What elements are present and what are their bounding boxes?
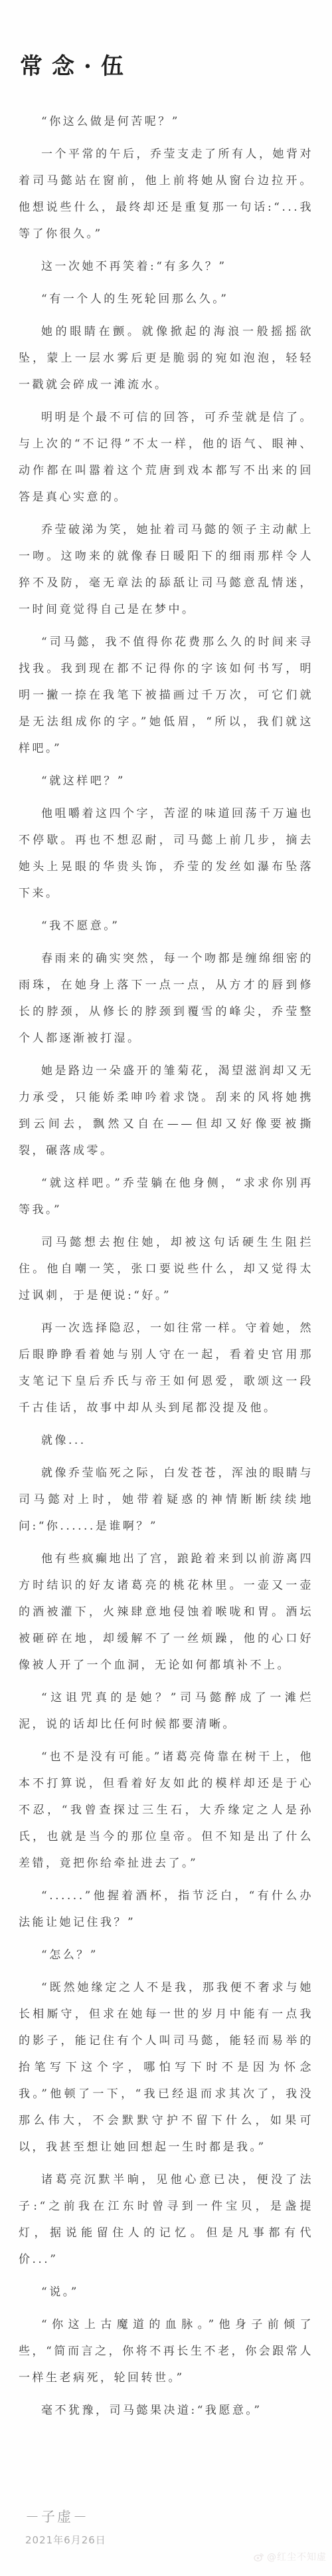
footer: －子虚－ 2021年6月26日 bbox=[25, 2506, 106, 2547]
story-paragraph: 诸葛亮沉默半晌，见他心意已决，便没了法子:“之前我在江东时曾寻到一件宝贝，是盏提… bbox=[19, 2166, 313, 2273]
watermark-text: @红尘不知虚 bbox=[267, 2550, 327, 2563]
story-paragraph: 再一次选择隐忍，一如往常一样。守着她，然后眼睁睁看着她与别人守在一起，看着史官用… bbox=[19, 1315, 313, 1421]
story-paragraph: 他有些疯癫地出了宫，踉跄着来到以前游离四方时结识的好友诸葛亮的桃花林里。一壶又一… bbox=[19, 1546, 313, 1679]
story-paragraph: “怎么？” bbox=[19, 1942, 313, 1968]
story-paragraph: 就像乔莹临死之际，白发苍苍，浑浊的眼睛与司马懿对上时，她带着疑惑的神情断断续续地… bbox=[19, 1460, 313, 1540]
story-paragraph: 她的眼睛在颤。就像掀起的海浪一般摇摇欲坠，蒙上一层水雾后更是脆弱的宛如泡泡，轻轻… bbox=[19, 318, 313, 398]
publish-date: 2021年6月26日 bbox=[25, 2533, 106, 2547]
story-paragraph: 春雨来的确实突然，每一个吻都是缠绵细密的雨珠，在她身上落下一点一点，从方才的唇到… bbox=[19, 945, 313, 1052]
story-paragraph: “我不愿意。” bbox=[19, 913, 313, 939]
story-page: 常念·伍 “你这么做是何苦呢？” 一个平常的午后，乔莹支走了所有人，她背对着司马… bbox=[0, 0, 332, 2576]
story-paragraph: 她是路边一朵盛开的雏菊花，渴望滋润却又无力承受，只能娇柔呻吟着求饶。刮来的风将她… bbox=[19, 1058, 313, 1164]
story-body: “你这么做是何苦呢？” 一个平常的午后，乔莹支走了所有人，她背对着司马懿站在窗前… bbox=[19, 108, 313, 2424]
story-paragraph: 毫不犹豫，司马懿果决道:“我愿意。” bbox=[19, 2397, 313, 2424]
story-paragraph: 这一次她不再笑着:“有多久？” bbox=[19, 253, 313, 280]
story-paragraph: 一个平常的午后，乔莹支走了所有人，她背对着司马懿站在窗前，他上前将她从窗台边拉开… bbox=[19, 141, 313, 247]
story-paragraph: “有一个人的生死轮回那么久。” bbox=[19, 286, 313, 312]
story-paragraph: “说。” bbox=[19, 2279, 313, 2305]
story-paragraph: 就像... bbox=[19, 1427, 313, 1454]
author-signature: －子虚－ bbox=[25, 2506, 106, 2526]
story-paragraph: “就这样吧？” bbox=[19, 768, 313, 794]
watermark: @红尘不知虚 bbox=[253, 2550, 327, 2563]
page-title: 常念·伍 bbox=[20, 48, 332, 80]
story-paragraph: “你这上古魔道的血脉。”他身子前倾了些，“简而言之，你将不再长生不老，你会跟常人… bbox=[19, 2311, 313, 2391]
story-paragraph: “这诅咒真的是她？”司马懿醉成了一滩烂泥，说的话却比任何时候都要清晰。 bbox=[19, 1685, 313, 1738]
story-paragraph: 乔莹破涕为笑，她扯着司马懿的领子主动献上一吻。这吻来的就像春日暖阳下的细雨那样令… bbox=[19, 517, 313, 623]
story-paragraph: 他咀嚼着这四个字，苦涩的味道回荡千万遍也不停歇。再也不想忍耐，司马懿上前几步，摘… bbox=[19, 800, 313, 907]
story-paragraph: “司马懿，我不值得你花费那么久的时间来寻找我。我到现在都不记得你的字该如何书写，… bbox=[19, 629, 313, 762]
story-paragraph: “既然她缘定之人不是我，那我便不奢求与她长相厮守，但求在她每一世的岁月中能有一点… bbox=[19, 1974, 313, 2161]
story-paragraph: “你这么做是何苦呢？” bbox=[19, 108, 313, 135]
story-paragraph: 明明是个最不可信的回答，可乔莹就是信了。与上次的“不记得”不太一样，他的语气、眼… bbox=[19, 404, 313, 511]
story-paragraph: 司马懿想去抱住她，却被这句话硬生生阻拦住。他自嘲一笑，张口要说些什么，却又觉得太… bbox=[19, 1229, 313, 1309]
story-paragraph: “......”他握着酒杯，指节泛白，“有什么办法能让她记住我？” bbox=[19, 1883, 313, 1936]
weibo-icon bbox=[253, 2551, 264, 2563]
story-paragraph: “也不是没有可能。”诸葛亮倚靠在树干上，他本不打算说，但看着好友如此的模样却还是… bbox=[19, 1744, 313, 1877]
story-paragraph: “就这样吧。”乔莹躺在他身侧，“求求你别再等我。” bbox=[19, 1170, 313, 1223]
